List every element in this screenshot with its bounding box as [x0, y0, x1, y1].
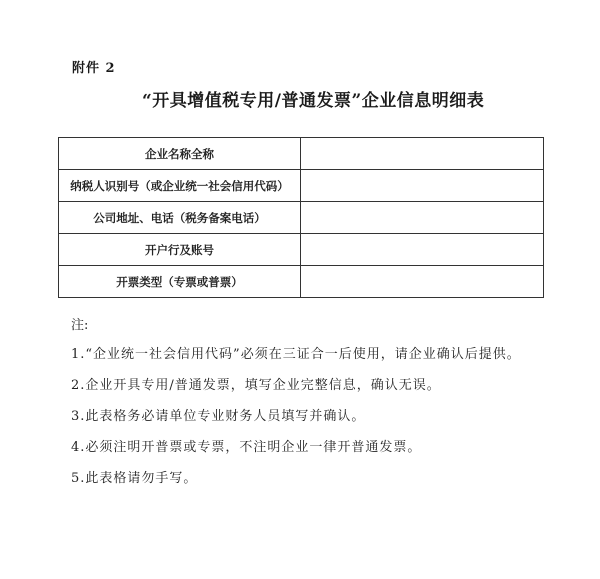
table-row: 公司地址、电话（税务备案电话） [59, 202, 544, 234]
row-label-company-name: 企业名称全称 [59, 138, 301, 170]
row-label-invoice-type: 开票类型（专票或普票） [59, 266, 301, 298]
attachment-label: 附件 2 [72, 57, 116, 76]
row-label-tax-id: 纳税人识别号（或企业统一社会信用代码） [59, 170, 301, 202]
row-label-address-phone: 公司地址、电话（税务备案电话） [59, 202, 301, 234]
note-item: 5.此表格请勿手写。 [71, 470, 521, 488]
table-row: 开户行及账号 [59, 234, 544, 266]
note-item: 3.此表格务必请单位专业财务人员填写并确认。 [71, 408, 521, 426]
note-item: 4.必须注明开普票或专票，不注明企业一律开普通发票。 [71, 439, 521, 457]
page-title: “开具增值税专用/普通发票”企业信息明细表 [142, 86, 502, 111]
field-tax-id[interactable] [301, 170, 544, 202]
table-row: 纳税人识别号（或企业统一社会信用代码） [59, 170, 544, 202]
field-bank-account[interactable] [301, 234, 544, 266]
note-item: 1.“企业统一社会信用代码”必须在三证合一后使用，请企业确认后提供。 [71, 346, 521, 364]
table-row: 企业名称全称 [59, 138, 544, 170]
notes-heading: 注: [71, 314, 521, 333]
note-item: 2.企业开具专用/普通发票，填写企业完整信息，确认无误。 [71, 377, 521, 395]
field-company-name[interactable] [301, 138, 544, 170]
table-row: 开票类型（专票或普票） [59, 266, 544, 298]
field-invoice-type[interactable] [301, 266, 544, 298]
notes-section: 注: 1.“企业统一社会信用代码”必须在三证合一后使用，请企业确认后提供。 2.… [71, 314, 521, 501]
enterprise-info-table: 企业名称全称 纳税人识别号（或企业统一社会信用代码） 公司地址、电话（税务备案电… [58, 137, 544, 298]
field-address-phone[interactable] [301, 202, 544, 234]
row-label-bank-account: 开户行及账号 [59, 234, 301, 266]
